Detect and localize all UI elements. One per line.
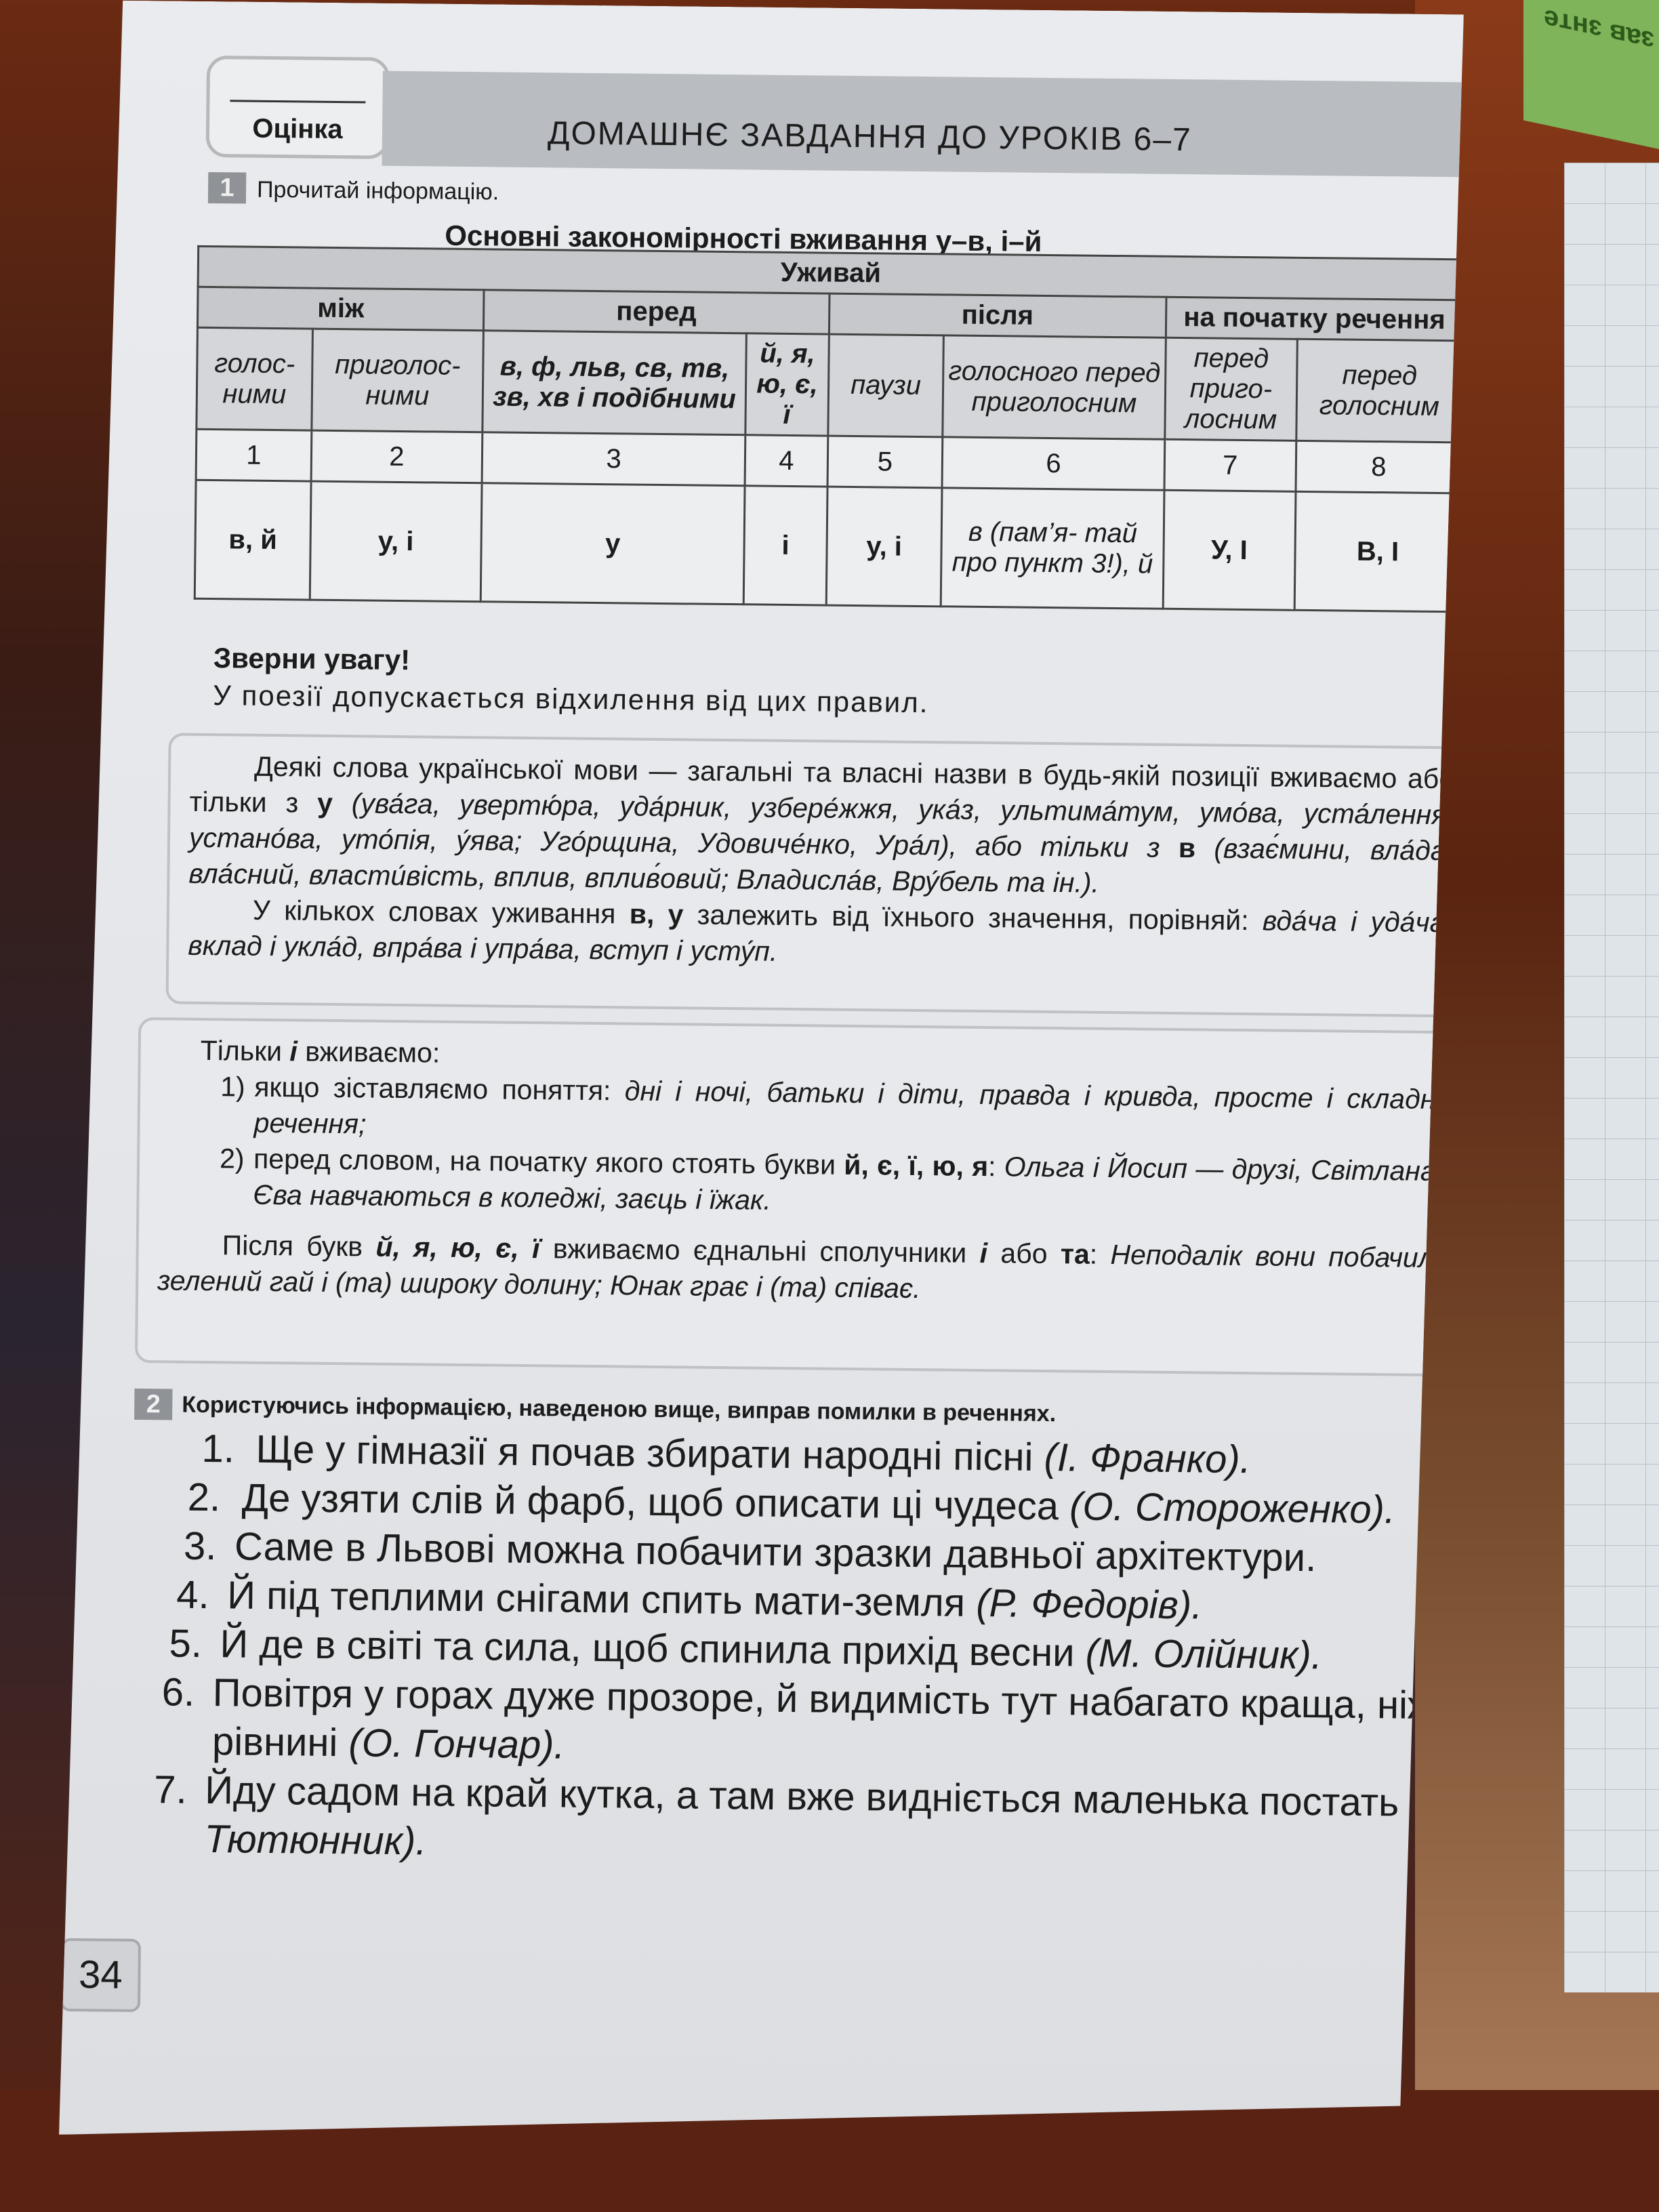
sentence-text: Й під теплими снігами спить мати-земля	[227, 1573, 977, 1625]
text: :	[1090, 1239, 1111, 1270]
item-number: 1)	[220, 1069, 245, 1105]
item-number: 2)	[220, 1141, 245, 1176]
exceptions-paragraph: Деякі слова української мови — загальні …	[188, 748, 1454, 905]
column-number: 8	[1296, 441, 1462, 493]
sentence-number: 4.	[176, 1571, 209, 1620]
text: залежить від їхнього значення, порівняй:	[683, 899, 1263, 936]
meaning-paragraph: У кількох словах уживання в, у залежить …	[188, 892, 1453, 977]
sentence-number: 3.	[184, 1522, 217, 1572]
task-number-2: 2	[134, 1389, 172, 1420]
subheader: перед приго- лосним	[1165, 337, 1298, 441]
info-box-only-i: Тільки і вживаємо: 1)якщо зіставляємо по…	[135, 1017, 1473, 1377]
rule-value: в, й	[194, 480, 311, 600]
notebook-cover-text: зав знте	[1544, 3, 1654, 57]
column-number: 1	[196, 429, 312, 481]
text: або	[987, 1237, 1061, 1269]
column-number: 4	[745, 435, 827, 487]
letter-u: у	[317, 787, 333, 819]
group-header: на початку речення	[1166, 297, 1463, 341]
column-number: 2	[311, 430, 483, 483]
sentence-text: Йду садом на край кутка, а там вже видні…	[205, 1768, 1410, 1825]
info-box-exceptions: Деякі слова української мови — загальні …	[165, 733, 1476, 1017]
rule-value: В, І	[1294, 491, 1461, 612]
grade-label: Оцінка	[209, 113, 386, 146]
background-grid-notebook	[1564, 163, 1659, 1992]
sentence-number: 2.	[187, 1473, 220, 1523]
letters: й, є, ї, ю, я	[844, 1149, 988, 1182]
text: Тільки	[201, 1035, 290, 1067]
sentence-number: 1.	[201, 1425, 234, 1474]
subheader: перед голосним	[1296, 339, 1463, 443]
subheader: приголос- ними	[312, 329, 484, 432]
letter-i: і	[289, 1036, 298, 1067]
sentence-text: Й де в світі та сила, щоб спинила прихід…	[220, 1622, 1086, 1675]
workbook-page: Оцінка ДОМАШНЄ ЗАВДАННЯ ДО УРОКІВ 6–7 1 …	[59, 0, 1464, 2149]
sentence-number: 5.	[169, 1619, 202, 1668]
letters: в, у	[630, 899, 684, 930]
sentence-author: (М. Олійник).	[1085, 1631, 1322, 1678]
letters: й, я, ю, є, ї	[375, 1231, 540, 1265]
text: перед словом, на початку якого стоять бу…	[253, 1143, 844, 1181]
subheader: голосного перед приголосним	[943, 335, 1166, 439]
subheader: в, ф, льв, св, тв, зв, хв і подібними	[483, 331, 747, 435]
column-number: 5	[827, 436, 943, 488]
grade-input-line	[230, 100, 365, 103]
rule-value: у, і	[310, 481, 482, 602]
page-number: 34	[60, 1938, 141, 2012]
text: У кількох словах уживання	[253, 895, 630, 930]
attention-text: У поезії допускається відхилення від цих…	[213, 679, 929, 719]
rule-value: у, і	[826, 487, 943, 607]
sentence-author: (Р. Федорів).	[976, 1581, 1203, 1627]
subheader: паузи	[827, 334, 943, 437]
sentence-text: Ще у гімназії я почав збирати народні пі…	[255, 1427, 1044, 1479]
rule-value: і	[743, 486, 827, 605]
attention-title: Зверни увагу!	[213, 642, 411, 676]
column-number: 6	[942, 437, 1164, 490]
rule-value: У, І	[1163, 490, 1296, 610]
task1-instruction: Прочитай інформацію.	[257, 177, 499, 206]
sentence: 6.Повітря у горах дуже прозоре, й видимі…	[144, 1668, 1568, 1780]
sentence-author: (О. Гончар).	[348, 1721, 565, 1767]
text: Після букв	[222, 1229, 376, 1262]
sentence-author: (І. Франко).	[1044, 1435, 1251, 1481]
page-title: ДОМАШНЄ ЗАВДАННЯ ДО УРОКІВ 6–7	[548, 115, 1192, 159]
sentence-text: Саме в Львові можна побачити зразки давн…	[234, 1524, 1317, 1580]
text: :	[988, 1151, 1004, 1182]
group-header: між	[197, 287, 484, 330]
text: вживаємо:	[298, 1036, 441, 1068]
group-header: після	[829, 293, 1166, 337]
after-letters-paragraph: Після букв й, я, ю, є, ї вживаємо єдналь…	[157, 1227, 1450, 1312]
sentence-number: 7.	[154, 1765, 187, 1815]
column-number: 7	[1164, 439, 1296, 491]
sentence-text: Де узяти слів й фарб, щоб описати ці чуд…	[242, 1476, 1070, 1529]
text: якщо зіставляємо поняття:	[254, 1071, 625, 1107]
subheader: й, я, ю, є, ї	[745, 333, 829, 436]
subheader: голос- ними	[197, 327, 312, 430]
task2-instruction: Користуючись інформацією, наведеною вище…	[182, 1392, 1056, 1428]
rule-value: у	[480, 483, 745, 605]
letter-v: в	[1179, 832, 1196, 863]
sentence: 7.Йду садом на край кутка, а там вже вид…	[143, 1765, 1594, 1878]
sentence-author: (О. Стороженко).	[1069, 1484, 1396, 1532]
rule-item-2: 2)перед словом, на початку якого стоять …	[158, 1140, 1450, 1225]
exercise-sentences: 1.Ще у гімназії я почав збирати народні …	[143, 1424, 1598, 1878]
grade-box[interactable]: Оцінка	[206, 56, 390, 159]
rules-table: Уживай між перед після на початку реченн…	[194, 245, 1465, 613]
word-ta: та	[1061, 1238, 1090, 1269]
group-header: перед	[483, 290, 829, 334]
task-number-1: 1	[208, 172, 246, 204]
column-number: 3	[482, 432, 745, 486]
rule-value: в (пам’я- тай про пункт 3!), й	[941, 488, 1164, 609]
text: вживаємо єднальні сполучники	[539, 1233, 980, 1269]
sentence-number: 6.	[161, 1668, 194, 1717]
rule-item-1: 1)якщо зіставляємо поняття: дні і ночі, …	[159, 1068, 1451, 1153]
